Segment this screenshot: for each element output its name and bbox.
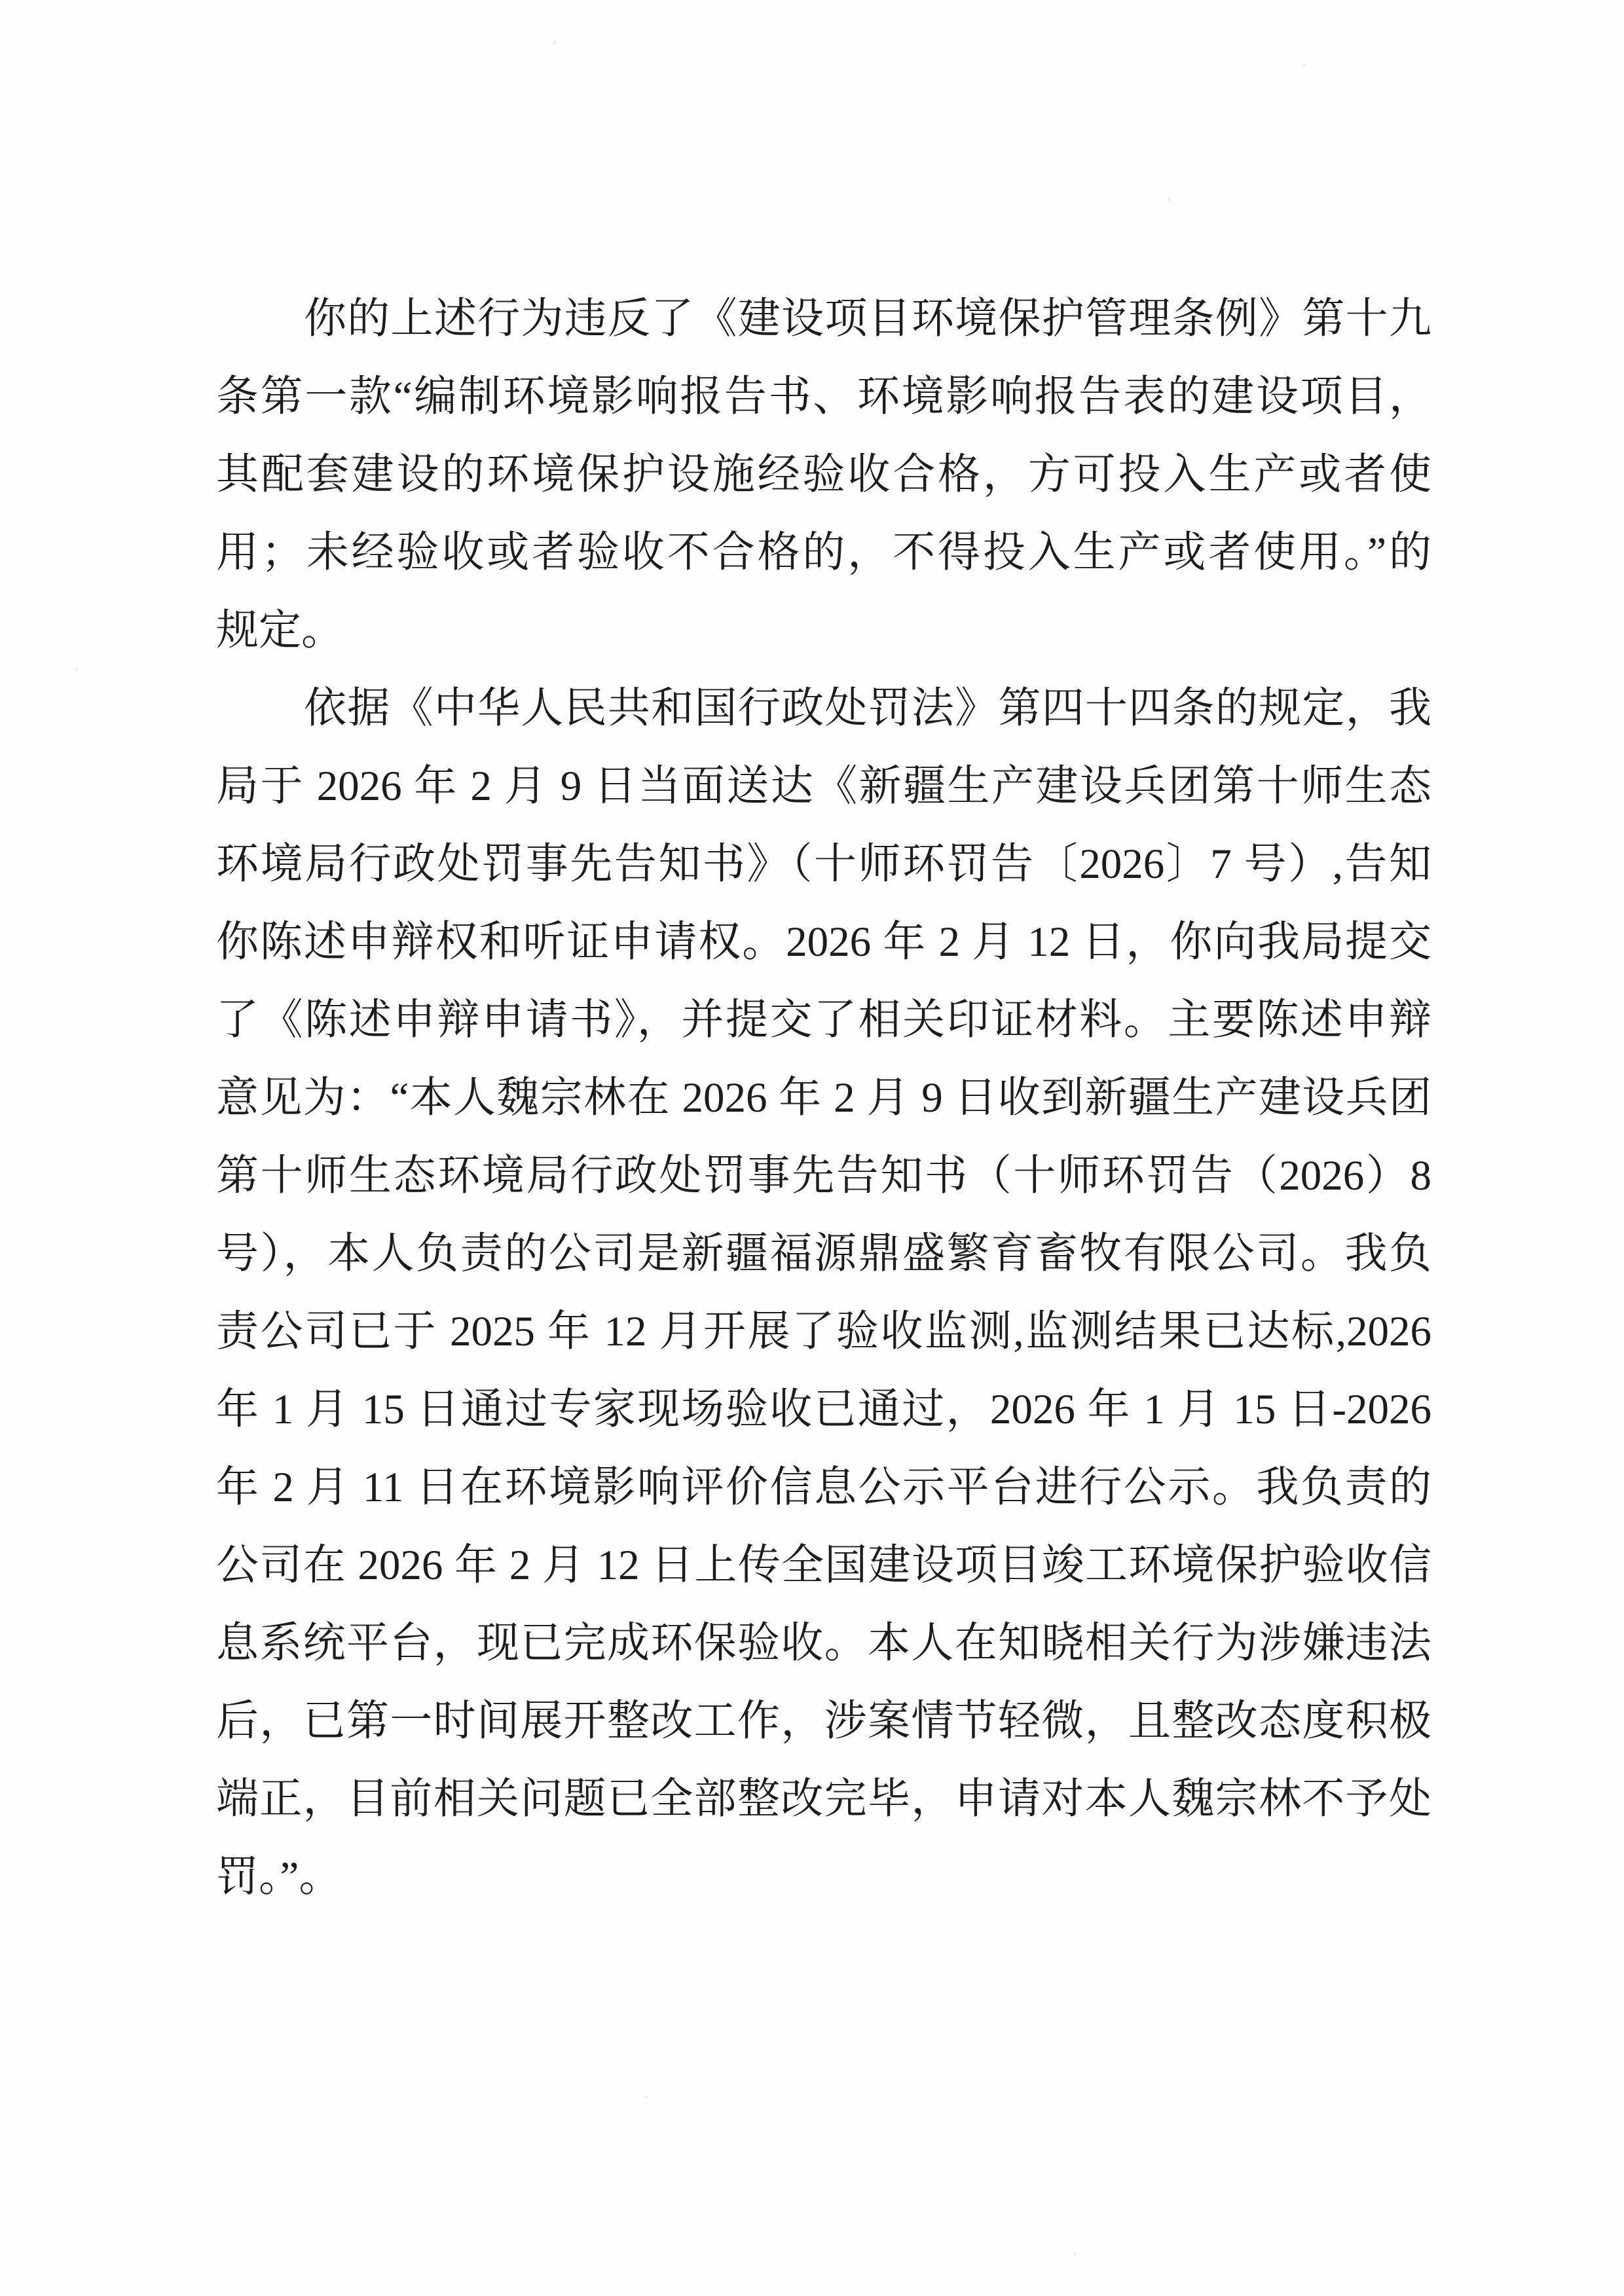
document-line: 年 2 月 11 日在环境影响评价信息公示平台进行公示。我负责的 bbox=[216, 1449, 1431, 1527]
document-line: 用；未经验收或者验收不合格的，不得投入生产或者使用。”的 bbox=[216, 514, 1431, 592]
document-line: 意见为：“本人魏宗林在 2026 年 2 月 9 日收到新疆生产建设兵团 bbox=[216, 1059, 1431, 1137]
document-page: 你的上述行为违反了《建设项目环境保护管理条例》第十九 条第一款“编制环境影响报告… bbox=[0, 0, 1624, 2296]
scan-speck bbox=[1303, 63, 1305, 67]
document-line: 罚。”。 bbox=[216, 1838, 1431, 1916]
document-line: 条第一款“编制环境影响报告书、环境影响报告表的建设项目， bbox=[216, 358, 1431, 436]
scan-speck bbox=[553, 41, 556, 45]
document-line: 第十师生态环境局行政处罚事先告知书（十师环罚告（2026）8 bbox=[216, 1137, 1431, 1215]
scan-speck bbox=[1168, 196, 1170, 202]
document-line: 后，已第一时间展开整改工作，涉案情节轻微，且整改态度积极 bbox=[216, 1683, 1431, 1760]
document-line: 号），本人负责的公司是新疆福源鼎盛繁育畜牧有限公司。我负 bbox=[216, 1215, 1431, 1293]
document-line: 公司在 2026 年 2 月 12 日上传全国建设项目竣工环境保护验收信 bbox=[216, 1527, 1431, 1605]
scan-speck bbox=[1074, 2252, 1077, 2255]
document-line: 你陈述申辩权和听证申请权。2026 年 2 月 12 日，你向我局提交 bbox=[216, 903, 1431, 981]
document-line: 息系统平台，现已完成环保验收。本人在知晓相关行为涉嫌违法 bbox=[216, 1605, 1431, 1683]
document-line: 规定。 bbox=[216, 592, 1431, 670]
document-line: 依据《中华人民共和国行政处罚法》第四十四条的规定，我 bbox=[216, 670, 1431, 748]
document-line: 你的上述行为违反了《建设项目环境保护管理条例》第十九 bbox=[216, 280, 1431, 358]
document-line: 了《陈述申辩申请书》，并提交了相关印证材料。主要陈述申辩 bbox=[216, 981, 1431, 1059]
document-line: 责公司已于 2025 年 12 月开展了验收监测,监测结果已达标,2026 bbox=[216, 1293, 1431, 1371]
document-line: 端正，目前相关问题已全部整改完毕，申请对本人魏宗林不予处 bbox=[216, 1760, 1431, 1838]
scan-speck bbox=[75, 668, 78, 671]
document-line: 环境局行政处罚事先告知书》（十师环罚告〔2026〕7 号）,告知 bbox=[216, 826, 1431, 903]
document-line: 其配套建设的环境保护设施经验收合格，方可投入生产或者使 bbox=[216, 436, 1431, 514]
document-line: 局于 2026 年 2 月 9 日当面送达《新疆生产建设兵团第十师生态 bbox=[216, 748, 1431, 826]
document-body: 你的上述行为违反了《建设项目环境保护管理条例》第十九 条第一款“编制环境影响报告… bbox=[216, 280, 1431, 1916]
scan-speck bbox=[645, 2095, 648, 2099]
document-line: 年 1 月 15 日通过专家现场验收已通过，2026 年 1 月 15 日-20… bbox=[216, 1371, 1431, 1449]
